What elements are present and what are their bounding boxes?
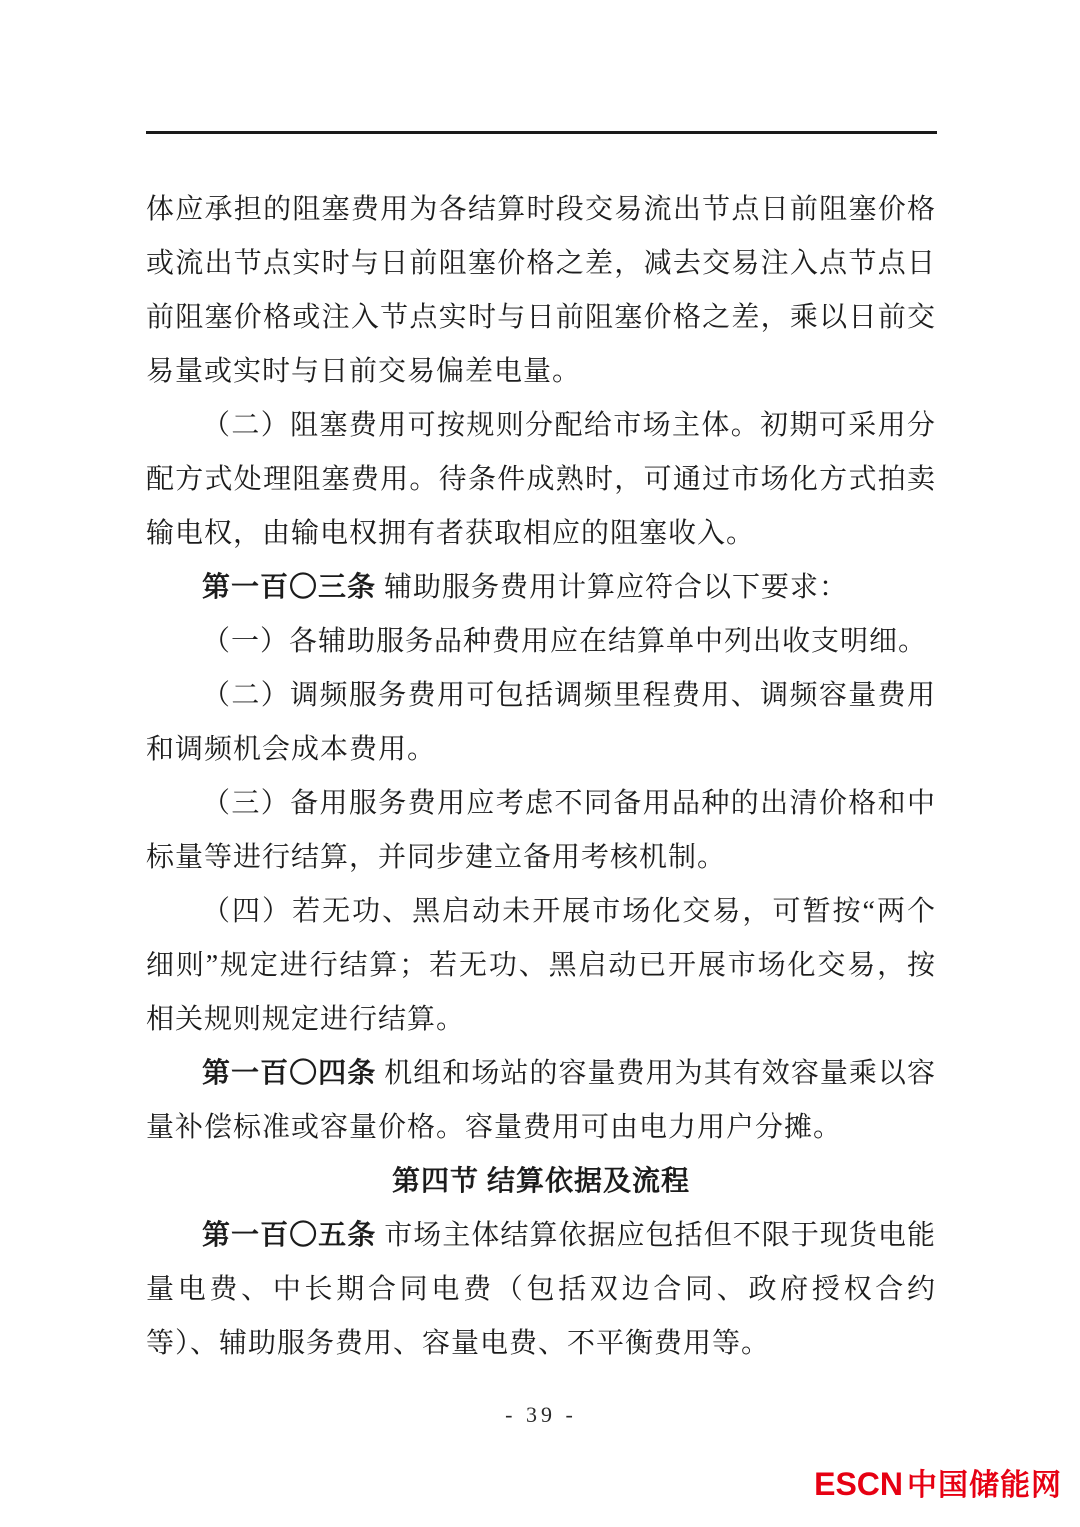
header-rule [146,131,937,134]
article-number: 第一百〇四条 [202,1058,376,1089]
para-article-103: 第一百〇三条 辅助服务费用计算应符合以下要求： [146,561,936,615]
para-article-103-item-3: （三）备用服务费用应考虑不同备用品种的出清价格和中标量等进行结算，并同步建立备用… [146,777,936,885]
para-congestion-fee-item-2: （二）阻塞费用可按规则分配给市场主体。初期可采用分配方式处理阻塞费用。待条件成熟… [146,399,936,561]
document-page: 体应承担的阻塞费用为各结算时段交易流出节点日前阻塞价格或流出节点实时与日前阻塞价… [0,0,1080,1527]
para-article-105: 第一百〇五条 市场主体结算依据应包括但不限于现货电能量电费、中长期合同电费（包括… [146,1209,936,1371]
page-number: - 39 - [146,1402,936,1428]
para-article-103-item-4: （四）若无功、黑启动未开展市场化交易，可暂按“两个细则”规定进行结算；若无功、黑… [146,885,936,1047]
escn-logo-chinese-text: 中国储能网 [907,1469,1062,1502]
para-article-103-item-2: （二）调频服务费用可包括调频里程费用、调频容量费用和调频机会成本费用。 [146,669,936,777]
article-number: 第一百〇三条 [202,572,376,603]
para-article-103-item-1: （一）各辅助服务品种费用应在结算单中列出收支明细。 [146,615,936,669]
escn-logo-latin-text: ESCN [814,1466,903,1502]
document-body: 体应承担的阻塞费用为各结算时段交易流出节点日前阻塞价格或流出节点实时与日前阻塞价… [146,183,936,1371]
para-congestion-fee-continuation: 体应承担的阻塞费用为各结算时段交易流出节点日前阻塞价格或流出节点实时与日前阻塞价… [146,183,936,399]
escn-watermark-logo: ESCN中国储能网 [814,1468,1062,1507]
article-number: 第一百〇五条 [202,1220,376,1251]
section-heading-4: 第四节 结算依据及流程 [146,1155,936,1209]
para-article-104: 第一百〇四条 机组和场站的容量费用为其有效容量乘以容量补偿标准或容量价格。容量费… [146,1047,936,1155]
